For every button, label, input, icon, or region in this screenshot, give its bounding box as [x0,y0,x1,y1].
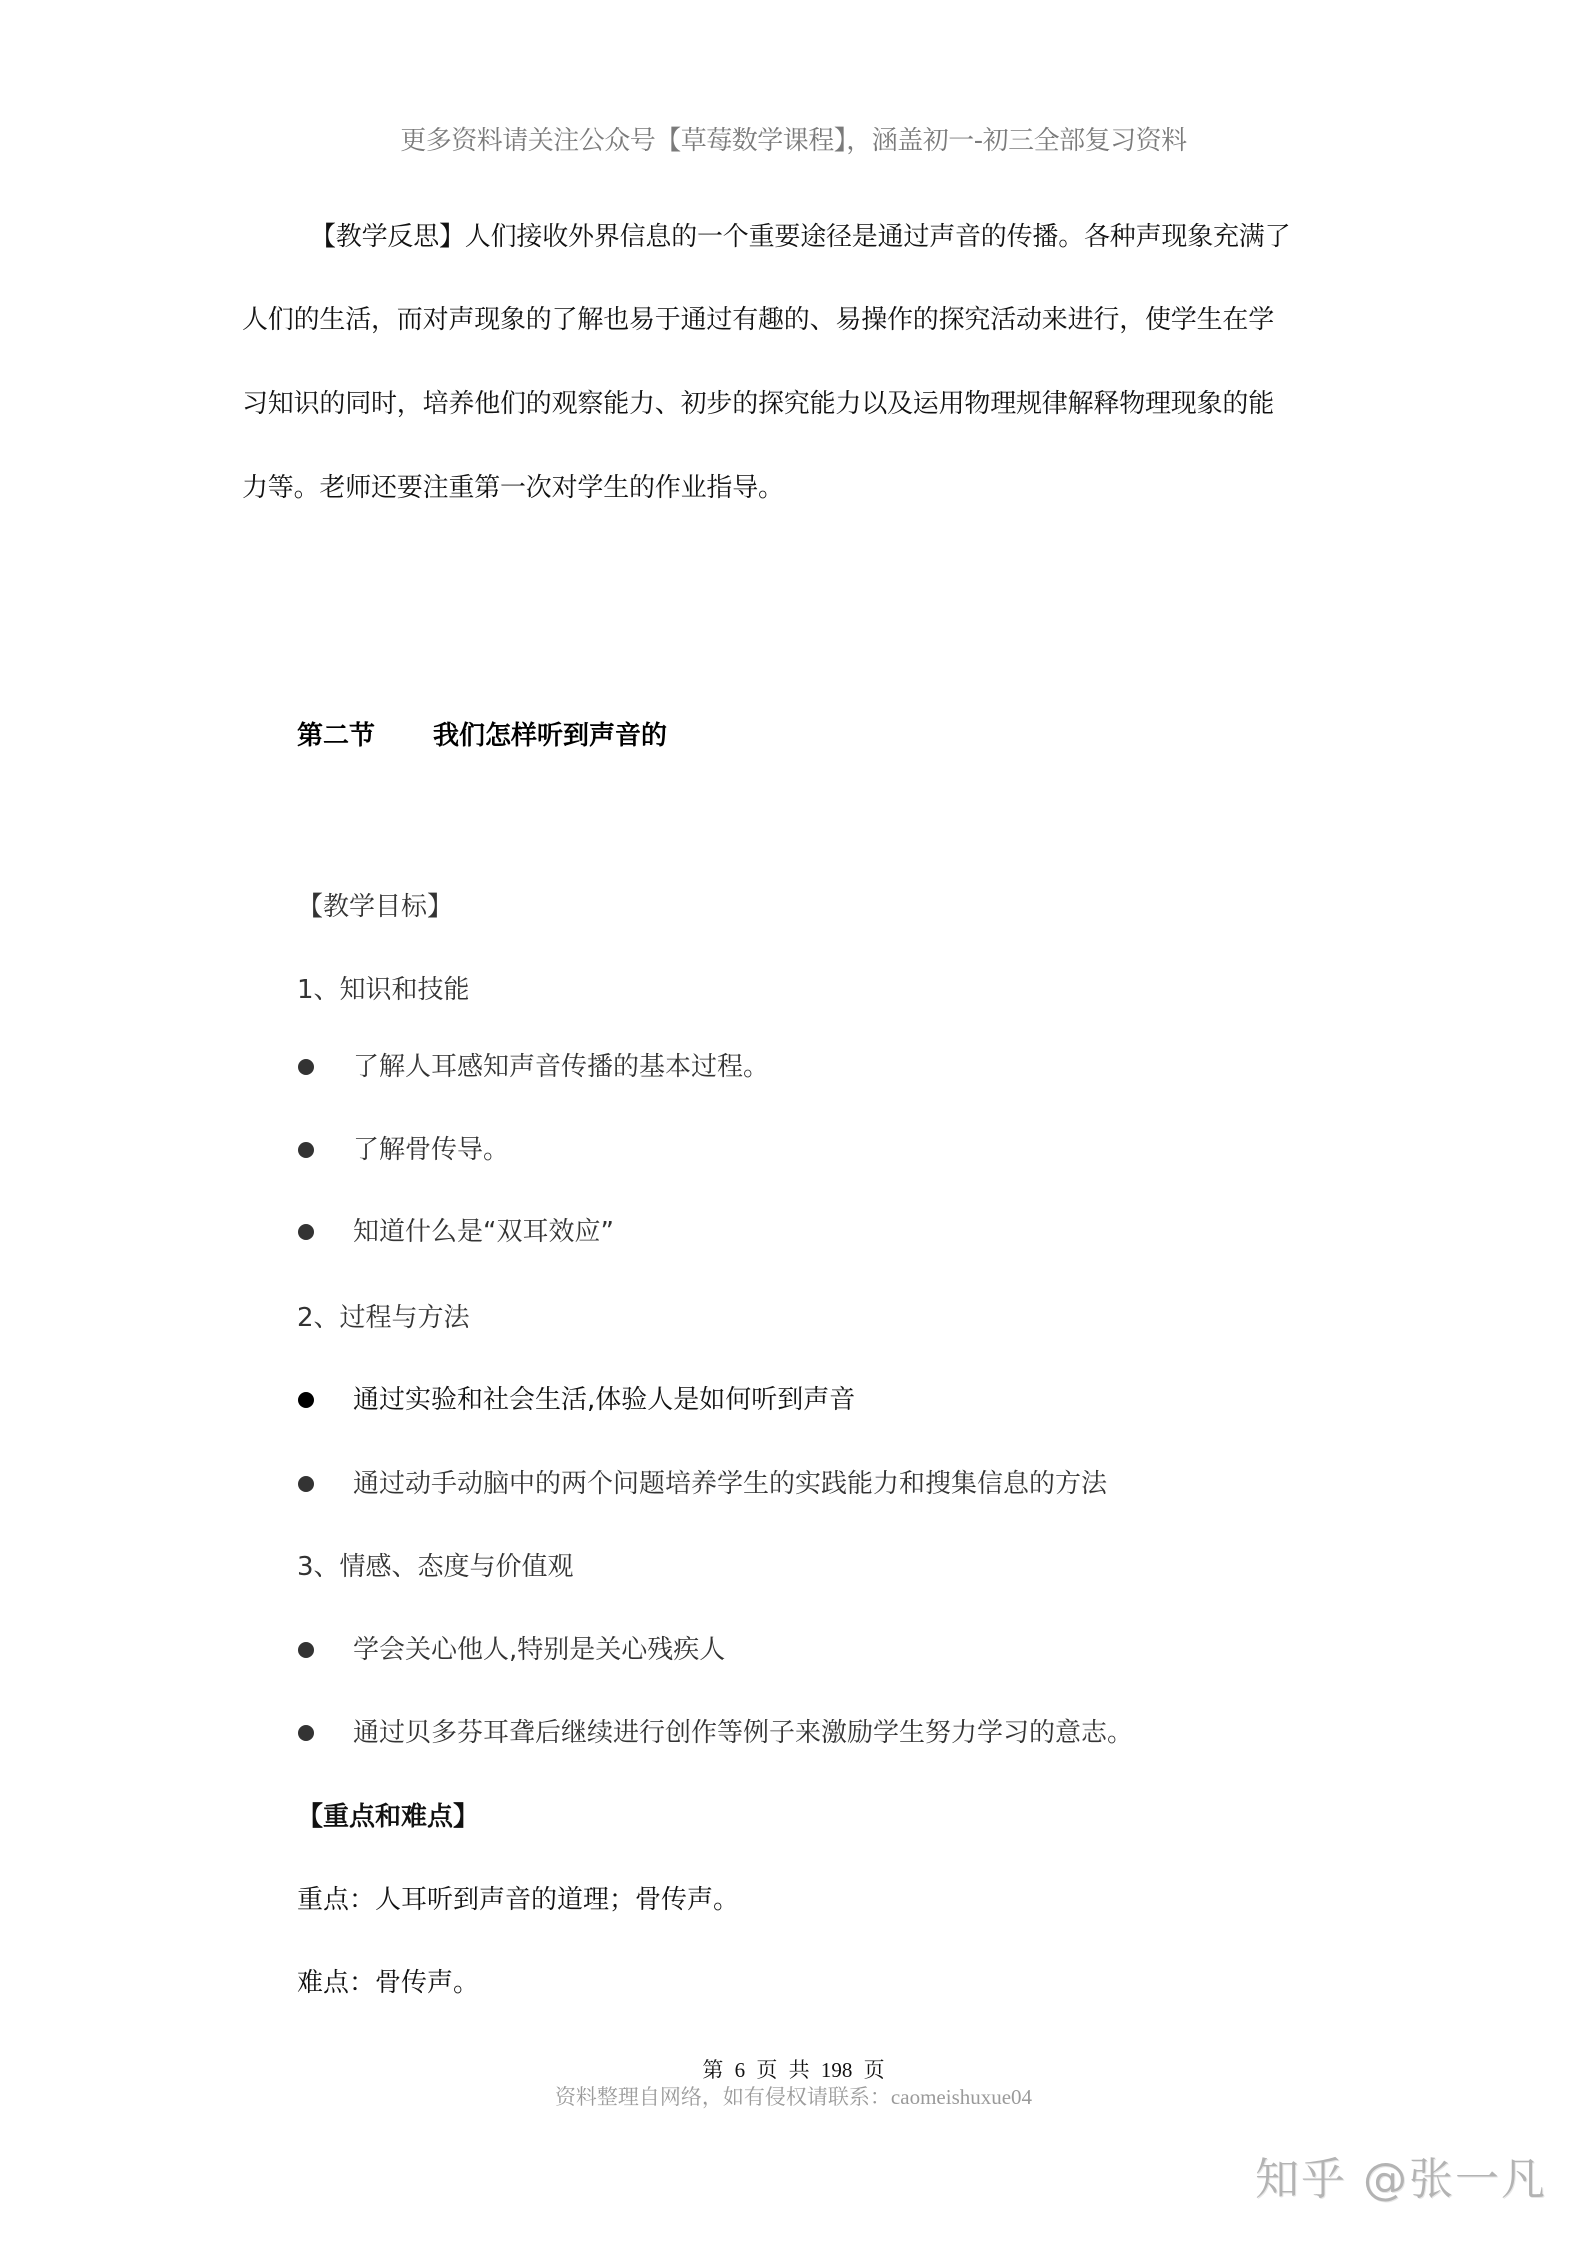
bullet-icon [298,1725,314,1741]
bullet-icon [298,1059,314,1075]
objective-group-label: 3、情感、态度与价值观 [297,1554,574,1580]
objective-group-label: 2、过程与方法 [297,1305,470,1331]
list-item-text: 了解骨传导。 [353,1137,509,1163]
section-title: 我们怎样听到声音的 [433,723,667,749]
page-header-banner: 更多资料请关注公众号【草莓数学课程】，涵盖初一-初三全部复习资料 [0,128,1587,154]
key-points-heading: 【重点和难点】 [297,1804,479,1830]
objective-group-label: 1、知识和技能 [297,977,470,1003]
reflection-line: 【教学反思】人们接收外界信息的一个重要途径是通过声音的传播。各种声现象充满了 [310,224,1290,250]
list-item-text: 通过实验和社会生活,体验人是如何听到声音 [353,1387,855,1413]
bullet-icon [298,1642,314,1658]
footer-notice: 资料整理自网络，如有侵权请联系：caomeishuxue04 [0,2087,1587,2108]
list-item-text: 了解人耳感知声音传播的基本过程。 [353,1054,769,1080]
list-item-text: 通过动手动脑中的两个问题培养学生的实践能力和搜集信息的方法 [353,1471,1107,1497]
difficult-point-text: 难点：骨传声。 [297,1970,479,1996]
list-item-text: 知道什么是“双耳效应” [353,1219,614,1245]
bullet-icon [298,1224,314,1240]
bullet-icon [298,1392,314,1408]
objectives-heading: 【教学目标】 [297,894,453,920]
key-point-text: 重点：人耳听到声音的道理；骨传声。 [297,1887,739,1913]
page-number: 第 6 页 共 198 页 [0,2060,1587,2081]
section-number: 第二节 [297,723,375,749]
bullet-icon [298,1142,314,1158]
list-item-text: 学会关心他人,特别是关心残疾人 [353,1637,725,1663]
bullet-icon [298,1476,314,1492]
reflection-line: 力等。老师还要注重第一次对学生的作业指导。 [242,475,784,501]
reflection-line: 习知识的同时，培养他们的观察能力、初步的探究能力以及运用物理规律解释物理现象的能 [242,391,1274,417]
reflection-line: 人们的生活，而对声现象的了解也易于通过有趣的、易操作的探究活动来进行，使学生在学 [242,307,1274,333]
zhihu-watermark: 知乎 @张一凡 [1255,2158,1547,2202]
list-item-text: 通过贝多芬耳聋后继续进行创作等例子来激励学生努力学习的意志。 [353,1720,1133,1746]
